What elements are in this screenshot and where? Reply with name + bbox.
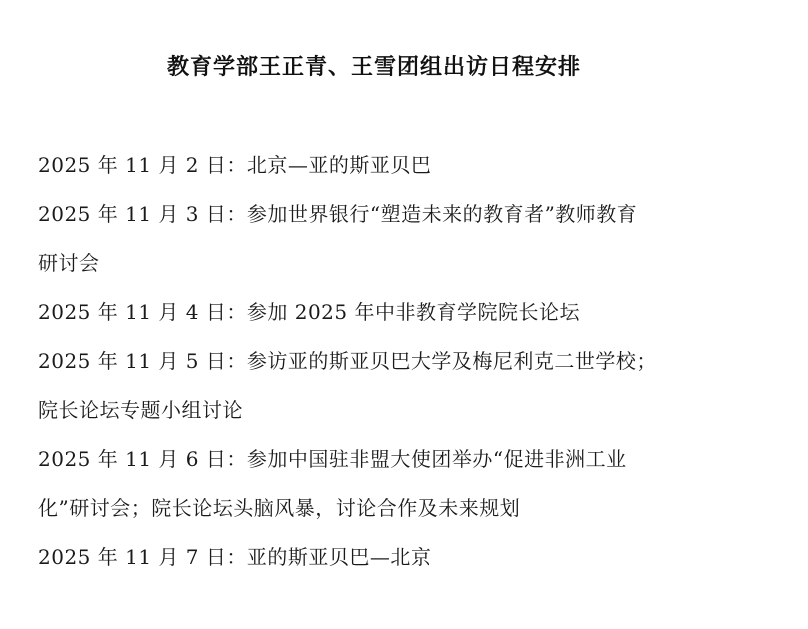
document-page: 教育学部王正青、王雪团组出访日程安排 2025 年 11 月 2 日：北京—亚的… bbox=[0, 0, 808, 629]
document-title: 教育学部王正青、王雪团组出访日程安排 bbox=[0, 52, 808, 84]
schedule-item-nov-6: 2025 年 11 月 6 日：参加中国驻非盟大使团举办“促进非洲工业 bbox=[38, 442, 688, 491]
schedule-item-nov-5: 2025 年 11 月 5 日：参访亚的斯亚贝巴大学及梅尼利克二世学校； bbox=[38, 344, 688, 393]
schedule-item-nov-3-continued: 研讨会 bbox=[38, 246, 688, 295]
schedule-item-nov-4: 2025 年 11 月 4 日：参加 2025 年中非教育学院院长论坛 bbox=[38, 295, 688, 344]
schedule-item-nov-6-continued: 化”研讨会；院长论坛头脑风暴，讨论合作及未来规划 bbox=[38, 491, 688, 540]
schedule-item-nov-7: 2025 年 11 月 7 日：亚的斯亚贝巴—北京 bbox=[38, 540, 688, 589]
schedule-item-nov-5-continued: 院长论坛专题小组讨论 bbox=[38, 393, 688, 442]
schedule-list: 2025 年 11 月 2 日：北京—亚的斯亚贝巴 2025 年 11 月 3 … bbox=[38, 148, 688, 589]
schedule-item-nov-2: 2025 年 11 月 2 日：北京—亚的斯亚贝巴 bbox=[38, 148, 688, 197]
schedule-item-nov-3: 2025 年 11 月 3 日：参加世界银行“塑造未来的教育者”教师教育 bbox=[38, 197, 688, 246]
